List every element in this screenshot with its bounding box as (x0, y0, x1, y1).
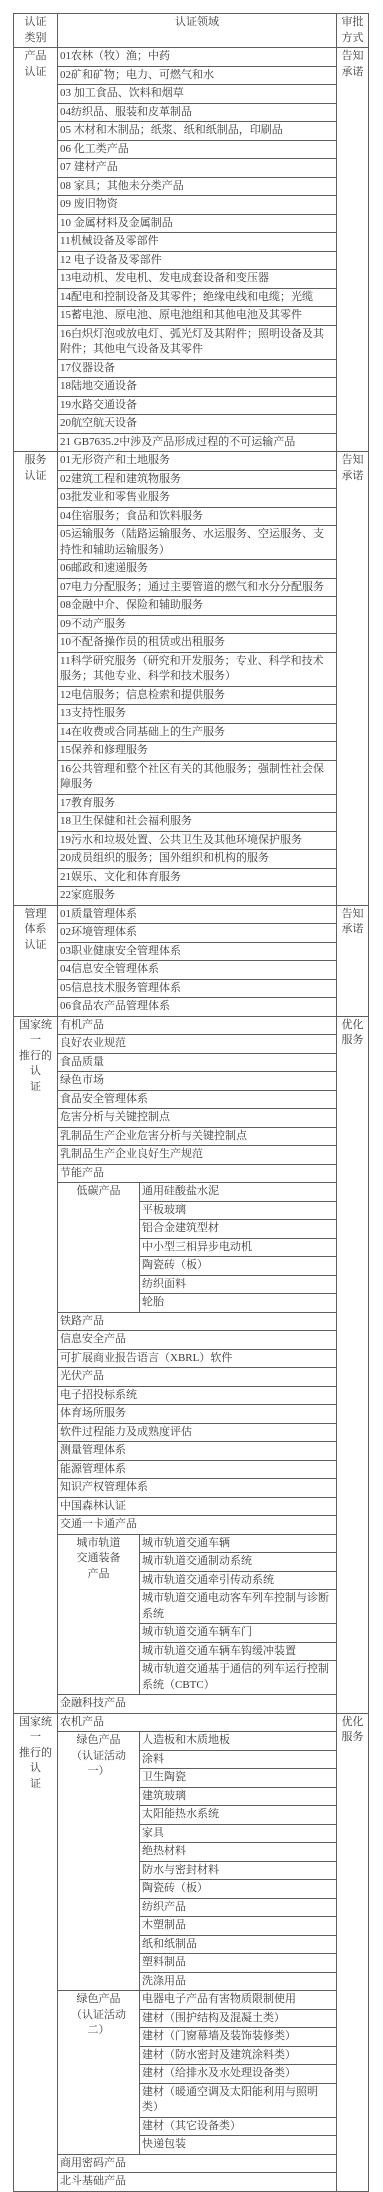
table-row: 铁路产品 (14, 1312, 369, 1331)
table-row: 中国森林认证 (14, 1497, 369, 1516)
field-cell: 建材（围护结构及混凝土类） (140, 2009, 337, 2028)
field-cell: 08金融中介、保险和辅助服务 (58, 597, 337, 616)
field-cell: 07 建材产品 (58, 159, 337, 178)
field-cell: 通用硅酸盐水泥 (140, 1183, 337, 1202)
field-cell: 信息安全产品 (58, 1331, 337, 1350)
table-row: 20航空航天设备 (14, 415, 369, 434)
field-cell: 10 金属材料及金属制品 (58, 214, 337, 233)
field-cell: 05信息技术服务管理体系 (58, 979, 337, 998)
table-row: 电子招投标系统 (14, 1386, 369, 1405)
field-cell: 06邮政和速递服务 (58, 560, 337, 579)
table-row: 可扩展商业报告语言（XBRL）软件 (14, 1349, 369, 1368)
field-cell: 可扩展商业报告语言（XBRL）软件 (58, 1349, 337, 1368)
table-row: 乳制品生产企业良好生产规范 (14, 1146, 369, 1165)
field-cell: 食品质量 (58, 1053, 337, 1072)
table-row: 15保养和修理服务 (14, 742, 369, 761)
approval-cell: 优化 服务 (337, 1713, 369, 2191)
table-row: 19污水和垃圾处置、公共卫生及其他环境保护服务 (14, 831, 369, 850)
table-row: 08金融中介、保险和辅助服务 (14, 597, 369, 616)
field-cell: 14在收费或合同基础上的生产服务 (58, 723, 337, 742)
table-row: 交通一卡通产品 (14, 1516, 369, 1535)
field-cell: 洗涤用品 (140, 1972, 337, 1991)
table-row: 测量管理体系 (14, 1442, 369, 1461)
approval-cell: 优化 服务 (337, 1016, 369, 1713)
table-row: 15蓄电池、原电池、原电池组和其他电池及其零件 (14, 307, 369, 326)
field-cell: 建材（防水密封及建筑涂料类） (140, 2046, 337, 2065)
table-row: 北斗基础产品 (14, 2173, 369, 2192)
table-row: 07 建材产品 (14, 159, 369, 178)
table-row: 食品质量 (14, 1053, 369, 1072)
field-cell: 04信息安全管理体系 (58, 961, 337, 980)
field-cell: 02矿和矿物；电力、可燃气和水 (58, 66, 337, 85)
field-cell: 20航空航天设备 (58, 415, 337, 434)
subcategory-cell: 城市轨道 交通装备 产品 (58, 1534, 140, 1695)
field-cell: 测量管理体系 (58, 1442, 337, 1461)
field-cell: 纸和纸制品 (140, 1935, 337, 1954)
field-cell: 12 电子设备及零部件 (58, 251, 337, 270)
header-field: 认证领域 (58, 14, 337, 48)
field-cell: 金融科技产品 (58, 1695, 337, 1714)
document-page: 认证 类别 认证领域 审批 方式 产品 认证01农林（牧）渔；中药告知 承诺02… (0, 0, 383, 2192)
field-cell: 21 GB7635.2中涉及产品形成过程的不可运输产品 (58, 433, 337, 452)
field-cell: 10不配备操作员的租赁或出租服务 (58, 634, 337, 653)
table-row: 节能产品 (14, 1164, 369, 1183)
approval-cell: 告知 承诺 (337, 452, 369, 906)
cert-table-body: 产品 认证01农林（牧）渔；中药告知 承诺02矿和矿物；电力、可燃气和水03 加… (14, 48, 369, 2192)
field-cell: 06 化工类产品 (58, 140, 337, 159)
field-cell: 建筑玻璃 (140, 1787, 337, 1806)
field-cell: 03批发业和零售业服务 (58, 489, 337, 508)
field-cell: 食品安全管理体系 (58, 1090, 337, 1109)
field-cell: 城市轨道交通车辆 (140, 1534, 337, 1553)
field-cell: 防水与密封材料 (140, 1861, 337, 1880)
field-cell: 08 家具；其他未分类产品 (58, 177, 337, 196)
table-row: 13电动机、发电机、发电成套设备和变压器 (14, 270, 369, 289)
field-cell: 轮胎 (140, 1294, 337, 1313)
field-cell: 北斗基础产品 (58, 2173, 337, 2192)
field-cell: 光伏产品 (58, 1368, 337, 1387)
field-cell: 04纺织品、服装和皮革制品 (58, 103, 337, 122)
field-cell: 城市轨道交通牵引传动系统 (140, 1571, 337, 1590)
table-row: 国家统一 推行的认 证农机产品优化 服务 (14, 1713, 369, 1732)
field-cell: 软件过程能力及成熟度评估 (58, 1423, 337, 1442)
table-row: 06 化工类产品 (14, 140, 369, 159)
table-row: 06食品农产品管理体系 (14, 998, 369, 1017)
field-cell: 05 木材和木制品；纸浆、纸和纸制品，印刷品 (58, 122, 337, 141)
table-row: 16白炽灯泡或放电灯、弧光灯及其附件；照明设备及其附件；其他电气设备及其零件 (14, 325, 369, 359)
table-row: 知识产权管理体系 (14, 1479, 369, 1498)
table-row: 05信息技术服务管理体系 (14, 979, 369, 998)
table-row: 09 废旧物资 (14, 196, 369, 215)
table-row: 21娱乐、文化和体育服务 (14, 868, 369, 887)
field-cell: 05运输服务（陆路运输服务、水运服务、空运服务、支持性和辅助运输服务） (58, 526, 337, 560)
table-row: 良好农业规范 (14, 1035, 369, 1054)
table-header: 认证 类别 认证领域 审批 方式 (14, 14, 369, 48)
table-row: 05 木材和木制品；纸浆、纸和纸制品，印刷品 (14, 122, 369, 141)
field-cell: 乳制品生产企业危害分析与关键控制点 (58, 1127, 337, 1146)
field-cell: 19水路交通设备 (58, 396, 337, 415)
field-cell: 02环境管理体系 (58, 924, 337, 943)
field-cell: 04住宿服务；食品和饮料服务 (58, 507, 337, 526)
table-row: 21 GB7635.2中涉及产品形成过程的不可运输产品 (14, 433, 369, 452)
field-cell: 18陆地交通设备 (58, 378, 337, 397)
table-row: 22家庭服务 (14, 887, 369, 906)
field-cell: 绿色市场 (58, 1072, 337, 1091)
table-row: 07电力分配服务；通过主要管道的燃气和水分分配服务 (14, 578, 369, 597)
table-row: 17教育服务 (14, 794, 369, 813)
table-row: 16公共管理和整个社区有关的其他服务；强制性社会保障服务 (14, 760, 369, 794)
field-cell: 14配电和控制设备及其零件；绝缘电线和电缆；光缆 (58, 288, 337, 307)
field-cell: 22家庭服务 (58, 887, 337, 906)
table-row: 04信息安全管理体系 (14, 961, 369, 980)
table-row: 19水路交通设备 (14, 396, 369, 415)
table-row: 城市轨道 交通装备 产品城市轨道交通车辆 (14, 1534, 369, 1553)
field-cell: 交通一卡通产品 (58, 1516, 337, 1535)
table-row: 服务 认证01无形资产和土地服务告知 承诺 (14, 452, 369, 471)
category-cell: 国家统一 推行的认 证 (14, 1016, 58, 1713)
subcategory-cell: 绿色产品 （认证活动 一） (58, 1732, 140, 1991)
category-cell: 管理 体系 认证 (14, 905, 58, 1016)
field-cell: 建材（其它设备类） (140, 2117, 337, 2136)
field-cell: 木塑制品 (140, 1917, 337, 1936)
field-cell: 电器电子产品有害物质限制使用 (140, 1991, 337, 2010)
field-cell: 11机械设备及零部件 (58, 233, 337, 252)
field-cell: 商用密码产品 (58, 2154, 337, 2173)
category-cell: 产品 认证 (14, 48, 58, 452)
field-cell: 03 加工食品、饮料和烟草 (58, 85, 337, 104)
field-cell: 良好农业规范 (58, 1035, 337, 1054)
table-row: 18卫生保健和社会福利服务 (14, 813, 369, 832)
field-cell: 07电力分配服务；通过主要管道的燃气和水分分配服务 (58, 578, 337, 597)
field-cell: 01质量管理体系 (58, 905, 337, 924)
field-cell: 城市轨道交通车辆车钩缓冲装置 (140, 1642, 337, 1661)
table-row: 绿色市场 (14, 1072, 369, 1091)
table-row: 02建筑工程和建筑物服务 (14, 470, 369, 489)
table-row: 商用密码产品 (14, 2154, 369, 2173)
field-cell: 铁路产品 (58, 1312, 337, 1331)
table-row: 08 家具；其他未分类产品 (14, 177, 369, 196)
field-cell: 城市轨道交通基于通信的列车运行控制系统（CBTC） (140, 1661, 337, 1695)
table-row: 04住宿服务；食品和饮料服务 (14, 507, 369, 526)
page: { "colors": { "text": "#3b3b3b", "border… (0, 0, 383, 1999)
field-cell: 快递包装 (140, 2136, 337, 2155)
table-row: 产品 认证01农林（牧）渔；中药告知 承诺 (14, 48, 369, 67)
table-row: 信息安全产品 (14, 1331, 369, 1350)
table-row: 低碳产品通用硅酸盐水泥 (14, 1183, 369, 1202)
table-row: 20成员组织的服务；国外组织和机构的服务 (14, 850, 369, 869)
field-cell: 19污水和垃圾处置、公共卫生及其他环境保护服务 (58, 831, 337, 850)
field-cell: 06食品农产品管理体系 (58, 998, 337, 1017)
table-row: 11科学研究服务（研究和开发服务；专业、科学和技术服务；其他专业、科学和技术服务… (14, 652, 369, 686)
approval-cell: 告知 承诺 (337, 905, 369, 1016)
table-row: 管理 体系 认证01质量管理体系告知 承诺 (14, 905, 369, 924)
field-cell: 纺织产品 (140, 1898, 337, 1917)
table-row: 国家统一 推行的认 证有机产品优化 服务 (14, 1016, 369, 1035)
field-cell: 体育场所服务 (58, 1405, 337, 1424)
field-cell: 17教育服务 (58, 794, 337, 813)
table-row: 10 金属材料及金属制品 (14, 214, 369, 233)
table-row: 绿色产品 （认证活动 一）人造板和木质地板 (14, 1732, 369, 1751)
table-row: 12电信服务；信息检索和提供服务 (14, 686, 369, 705)
field-cell: 纺织面料 (140, 1275, 337, 1294)
field-cell: 17仪器设备 (58, 359, 337, 378)
field-cell: 塑料制品 (140, 1954, 337, 1973)
table-row: 光伏产品 (14, 1368, 369, 1387)
field-cell: 21娱乐、文化和体育服务 (58, 868, 337, 887)
table-row: 软件过程能力及成熟度评估 (14, 1423, 369, 1442)
header-row: 认证 类别 认证领域 审批 方式 (14, 14, 369, 48)
field-cell: 城市轨道交通电动客车列车控制与诊断系统 (140, 1590, 337, 1624)
category-cell: 服务 认证 (14, 452, 58, 906)
field-cell: 01无形资产和土地服务 (58, 452, 337, 471)
field-cell: 09 废旧物资 (58, 196, 337, 215)
field-cell: 13电动机、发电机、发电成套设备和变压器 (58, 270, 337, 289)
field-cell: 人造板和木质地板 (140, 1732, 337, 1751)
field-cell: 铝合金建筑型材 (140, 1220, 337, 1239)
field-cell: 有机产品 (58, 1016, 337, 1035)
field-cell: 13支持性服务 (58, 705, 337, 724)
field-cell: 乳制品生产企业良好生产规范 (58, 1146, 337, 1165)
table-row: 食品安全管理体系 (14, 1090, 369, 1109)
field-cell: 中小型三相异步电动机 (140, 1238, 337, 1257)
table-row: 10不配备操作员的租赁或出租服务 (14, 634, 369, 653)
field-cell: 15保养和修理服务 (58, 742, 337, 761)
field-cell: 平板玻璃 (140, 1201, 337, 1220)
table-row: 17仪器设备 (14, 359, 369, 378)
field-cell: 家具 (140, 1824, 337, 1843)
subcategory-cell: 低碳产品 (58, 1183, 140, 1313)
table-row: 体育场所服务 (14, 1405, 369, 1424)
field-cell: 卫生陶瓷 (140, 1769, 337, 1788)
table-row: 绿色产品 （认证活动 二）电器电子产品有害物质限制使用 (14, 1991, 369, 2010)
table-row: 02环境管理体系 (14, 924, 369, 943)
field-cell: 20成员组织的服务；国外组织和机构的服务 (58, 850, 337, 869)
field-cell: 涂料 (140, 1750, 337, 1769)
field-cell: 11科学研究服务（研究和开发服务；专业、科学和技术服务；其他专业、科学和技术服务… (58, 652, 337, 686)
header-approval: 审批 方式 (337, 14, 369, 48)
field-cell: 太阳能热水系统 (140, 1806, 337, 1825)
table-row: 04纺织品、服装和皮革制品 (14, 103, 369, 122)
header-category: 认证 类别 (14, 14, 58, 48)
table-row: 12 电子设备及零部件 (14, 251, 369, 270)
table-row: 06邮政和速递服务 (14, 560, 369, 579)
subcategory-cell: 绿色产品 （认证活动 二） (58, 1991, 140, 2155)
field-cell: 建材（给排水及水处理设备类） (140, 2065, 337, 2084)
field-cell: 能源管理体系 (58, 1460, 337, 1479)
approval-cell: 告知 承诺 (337, 48, 369, 452)
field-cell: 01农林（牧）渔；中药 (58, 48, 337, 67)
field-cell: 知识产权管理体系 (58, 1479, 337, 1498)
field-cell: 城市轨道交通车辆车门 (140, 1624, 337, 1643)
field-cell: 16公共管理和整个社区有关的其他服务；强制性社会保障服务 (58, 760, 337, 794)
table-row: 13支持性服务 (14, 705, 369, 724)
table-row: 能源管理体系 (14, 1460, 369, 1479)
table-row: 03批发业和零售业服务 (14, 489, 369, 508)
certification-table: 认证 类别 认证领域 审批 方式 产品 认证01农林（牧）渔；中药告知 承诺02… (13, 13, 369, 2192)
field-cell: 15蓄电池、原电池、原电池组和其他电池及其零件 (58, 307, 337, 326)
table-row: 11机械设备及零部件 (14, 233, 369, 252)
field-cell: 绝热材料 (140, 1843, 337, 1862)
table-row: 危害分析与关键控制点 (14, 1109, 369, 1128)
table-row: 02矿和矿物；电力、可燃气和水 (14, 66, 369, 85)
field-cell: 陶瓷砖（板） (140, 1880, 337, 1899)
field-cell: 城市轨道交通制动系统 (140, 1553, 337, 1572)
field-cell: 电子招投标系统 (58, 1386, 337, 1405)
table-row: 03职业健康安全管理体系 (14, 942, 369, 961)
table-row: 05运输服务（陆路运输服务、水运服务、空运服务、支持性和辅助运输服务） (14, 526, 369, 560)
field-cell: 09不动产服务 (58, 615, 337, 634)
table-row: 金融科技产品 (14, 1695, 369, 1714)
field-cell: 02建筑工程和建筑物服务 (58, 470, 337, 489)
field-cell: 03职业健康安全管理体系 (58, 942, 337, 961)
field-cell: 18卫生保健和社会福利服务 (58, 813, 337, 832)
field-cell: 16白炽灯泡或放电灯、弧光灯及其附件；照明设备及其附件；其他电气设备及其零件 (58, 325, 337, 359)
field-cell: 节能产品 (58, 1164, 337, 1183)
category-cell: 国家统一 推行的认 证 (14, 1713, 58, 2191)
table-row: 03 加工食品、饮料和烟草 (14, 85, 369, 104)
table-row: 14配电和控制设备及其零件；绝缘电线和电缆；光缆 (14, 288, 369, 307)
field-cell: 农机产品 (58, 1713, 337, 1732)
field-cell: 建材（门窗幕墙及装饰装修类） (140, 2028, 337, 2047)
field-cell: 建材（暖通空调及太阳能利用与照明类） (140, 2083, 337, 2117)
table-row: 乳制品生产企业危害分析与关键控制点 (14, 1127, 369, 1146)
table-row: 18陆地交通设备 (14, 378, 369, 397)
table-row: 09不动产服务 (14, 615, 369, 634)
field-cell: 陶瓷砖（板） (140, 1257, 337, 1276)
table-row: 14在收费或合同基础上的生产服务 (14, 723, 369, 742)
field-cell: 中国森林认证 (58, 1497, 337, 1516)
field-cell: 12电信服务；信息检索和提供服务 (58, 686, 337, 705)
field-cell: 危害分析与关键控制点 (58, 1109, 337, 1128)
